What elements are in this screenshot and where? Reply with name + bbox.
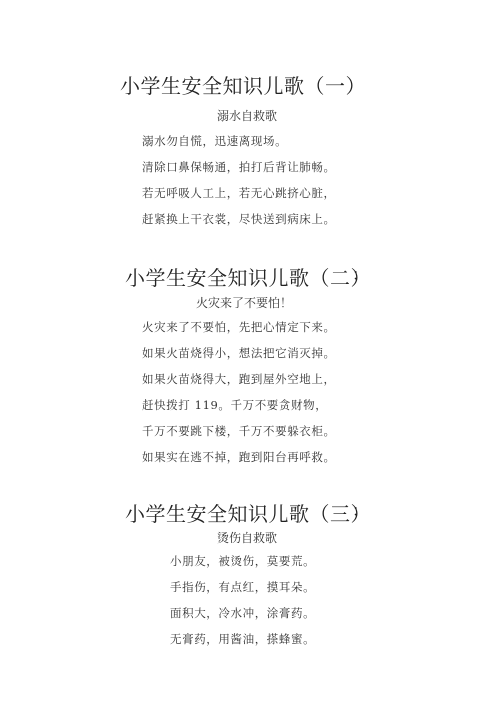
section-3-line: 小朋友，被烫伤，莫要荒。 bbox=[170, 553, 315, 569]
section-3-line: 无膏药，用酱油，搽蜂蜜。 bbox=[170, 631, 315, 647]
section-1-line: 清除口鼻保畅通，拍打后背让肺畅。 bbox=[142, 159, 336, 175]
section-2-subtitle: 火灾来了不要怕！ bbox=[196, 294, 292, 311]
section-2-line: 如果火苗烧得小，想法把它消灭掉。 bbox=[142, 345, 336, 361]
section-2-line: 如果实在逃不掉，跑到阳台再呼救。 bbox=[142, 449, 336, 465]
section-2-title-colon: ： bbox=[352, 262, 369, 285]
section-2-line: 火灾来了不要怕，先把心情定下来。 bbox=[142, 319, 336, 335]
section-2-title: 小学生安全知识儿歌（二） bbox=[125, 262, 371, 291]
section-1-line: 赶紧换上干衣裳，尽快送到病床上。 bbox=[142, 211, 336, 227]
section-3-line: 面积大，冷水冲，涂膏药。 bbox=[170, 605, 315, 621]
section-1-line: 溺水勿自慌，迅速离现场。 bbox=[142, 133, 287, 149]
section-1-title: 小学生安全知识儿歌（一） bbox=[120, 70, 366, 99]
section-1-line: 若无呼吸人工上，若无心跳挤心脏， bbox=[142, 185, 336, 201]
section-2-line: 千万不要跳下楼，千万不要躲衣柜。 bbox=[142, 423, 336, 439]
section-2-line: 如果火苗烧得大，跑到屋外空地上， bbox=[142, 371, 336, 387]
section-2-line: 赶快拨打 119。千万不要贪财物， bbox=[142, 397, 327, 413]
section-3-line: 手指伤，有点红，摸耳朵。 bbox=[170, 579, 315, 595]
section-1-subtitle: 溺水自救歌 bbox=[217, 107, 277, 124]
section-3-title: 小学生安全知识儿歌（三） bbox=[125, 498, 371, 527]
section-3-subtitle: 烫伤自救歌 bbox=[217, 529, 277, 546]
section-3-title-colon: ： bbox=[352, 498, 369, 521]
